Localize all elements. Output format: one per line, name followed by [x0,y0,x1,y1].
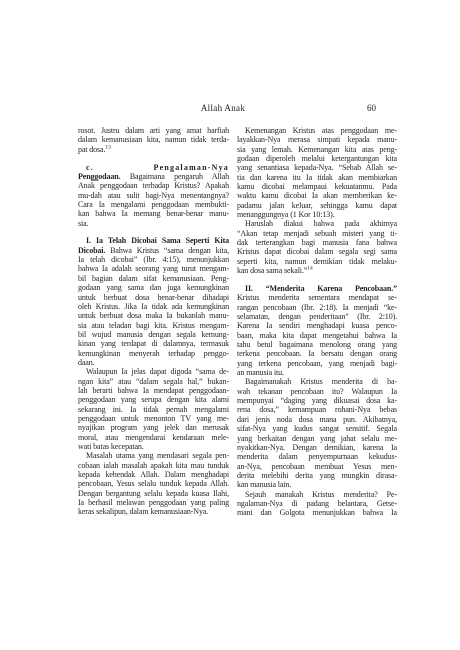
text-line: oleh Kristus. Jika Ia tidak ada kemungki… [78,302,229,311]
text-line: sifat-Nya yang kudus sangat sensitif. Se… [237,424,397,433]
text-line: godaan diperoleh melalui ketergantungan … [237,154,397,163]
text-line: Anak penggodaan terhadap Kristus? Apakah [78,181,229,190]
text-line: layakkan-Nya merasa simpati kepada manu- [237,135,397,144]
text-line: dalam kemanusiaan kita, namun tidak terd… [78,135,229,144]
page-header: Allah Anak 60 [78,102,397,114]
text-line: daan. [78,358,229,367]
text-line: bahwa Ia adalah seorang yang turut menga… [78,264,229,273]
text-line: mu-dah atau sulit bagi-Nya menentangnya? [78,191,229,200]
section-heading-line: I. Ia Telah Dicobai Sama Seperti Kita [78,236,229,245]
text-line: seperti kita, namun demikian tidak melak… [237,257,397,266]
text-line: bil wujud manusia dengan segala kemung- [78,330,229,339]
text-line: selamatan, dengan penderitaan” (Ibr. 2:1… [237,312,397,321]
text-line: Kristus dapat dicobai dalam segala segi … [237,247,397,256]
page-number: 60 [367,102,376,114]
text-line: kan manusia lain. [237,480,397,489]
column-right: Kemenangan Kristus atas penggodaan me-la… [237,126,397,518]
text-line: padamu jalan keluar, sehingga kamu dapat [237,201,397,210]
text-line: yang senantiasa kepada-Nya. “Sebab Allah… [237,163,397,172]
text-line: Karena Ia sendiri menghadapi kuasa penco… [237,321,397,330]
running-header-title: Allah Anak [78,102,368,114]
text-line: bil bagian dalam sifat kemanusiaan. Peng… [78,274,229,283]
text-line: nyakitkan-Nya. Dengan demikian, karena I… [237,443,397,452]
text-line: tia dan karena itu Ia tidak akan membiar… [237,173,397,182]
text-line: wah tekanan pencobaan itu? Walaupun Ia [237,387,397,396]
text-line: Bagaimanakah Kristus menderita di ba- [237,377,397,386]
text-line: Cara Ia mengalami penggodaan membukti- [78,200,229,209]
text-line: an manusia itu. [237,368,397,377]
text-line: rosot. Justru dalam arti yang amat harfi… [78,126,229,135]
text-line: moral, atau mengendarai kendaraan mele- [78,433,229,442]
text-line: Ia berhasil melawan penggodaan yang pali… [78,498,229,507]
text-line: Ia telah dicobai” (Ibr. 4:15), menunjukk… [78,255,229,264]
text-line: derita melebihi derita yang mungkin dira… [237,471,397,480]
text-line: baan, maka kita dapat mengetahui bahwa I… [237,331,397,340]
text-line: lah berarti bahwa Ia mendapat penggodaan… [78,386,229,395]
text-line: sia yang lemah. Kemenangan kita atas pen… [237,145,397,154]
text-line: yang terkena pencobaan, yang menjadi bag… [237,359,397,368]
text-line: menderita dalam penyempurnaan kekudus- [237,452,397,461]
text-line: sekarang ini. Ia tidak pernah mengalami [78,405,229,414]
text-line: Walaupun Ia jelas dapat digoda “sama de- [78,367,229,376]
text-line: waktu kamu dicobai Ia akan memberikan ke… [237,191,397,200]
text-line: kinan yang terdapat di dalamnya, termasu… [78,339,229,348]
text-line: sia atau teladan bagi kita. Kristus meng… [78,321,229,330]
text-line: pat dosa.13 [78,145,229,154]
text-line: cobaan ialah masalah apakah kita mau tun… [78,461,229,470]
section-heading-line: Dicobai. Bahwa Kristus “sama dengan kita… [78,246,229,255]
text-line: kan dosa sama sekali.”14 [237,266,397,275]
text-line: tahu betul bagaimana menolong orang yang [237,340,397,349]
text-line: ngan kita” atau “dalam segala hal,” buka… [78,377,229,386]
text-line: kamu dicobai melampaui kekuatanmu. Pada [237,182,397,191]
text-line: Kristus menderita sementara mendapat se- [237,293,397,302]
text-line: wati batas kecepatan. [78,442,229,451]
text-line: penggodaan yang serupa dengan kita alami [78,395,229,404]
text-line: kemungkinan menyerah terhadap penggo- [78,349,229,358]
text-line: terkena pencobaan. Ia bersatu dengan ora… [237,349,397,358]
text-line: penggodaan untuk menonton TV yang me- [78,414,229,423]
text-line: “Akan tetap menjadi sebuah misteri yang … [237,229,397,238]
text-line: rena dosa,” kemampuan rohani-Nya bebas [237,405,397,414]
text-line: kepada kehendak Allah. Dalam menghadapi [78,470,229,479]
text-line: pencobaan, Yesus selalu tunduk kepada Al… [78,479,229,488]
text-line: Masalah utama yang mendasari segala pen- [78,451,229,460]
text-line: ngalaman-Nya di padang belantara, Getse- [237,499,397,508]
text-line: Dengan bergantung selalu kepada kuasa Il… [78,489,229,498]
text-line: rangan pencobaan (Ibr. 2:18). Ia menjadi… [237,303,397,312]
text-line: sia. [78,219,229,228]
text-line: untuk berbuat dosa benar-benar dihadapi [78,293,229,302]
text-line: mani dan Golgota menunjukkan bahwa Ia [237,508,397,517]
text-line: kan bahwa Ia memang benar-benar manu- [78,209,229,218]
section-heading-line: c. Pengalaman-Nya Menghadapi [78,163,229,172]
text-line: Sejauh manakah Kristus menderita? Pe- [237,490,397,499]
section-heading-line: II. “Menderita Karena Pencobaan.” [237,284,397,293]
text-line: an-Nya, pencobaan membuat Yesus men- [237,462,397,471]
column-left: rosot. Justru dalam arti yang amat harfi… [78,126,229,517]
text-line: Haruslah diakui bahwa pada akhirnya [237,219,397,228]
text-line: dak terterangkan bagi manusia fana bahwa [237,238,397,247]
section-heading-line: Penggodaan. Bagaimana pengaruh Allah [78,172,229,181]
text-line: dari jenis noda dosa mana pun. Akibatnya… [237,415,397,424]
text-line: mempunyai “daging yang dikuasai dosa ka- [237,396,397,405]
text-line: yang berkaitan dengan yang jahat selalu … [237,434,397,443]
text-line: untuk berbuat dosa maka Ia bukanlah manu… [78,311,229,320]
book-page: Allah Anak 60 rosot. Justru dalam arti y… [0,0,460,650]
text-line: keras sekalipun, dalam kemanusiaan-Nya. [78,507,229,516]
text-line: menanggungnya (1 Kor 10:13). [237,210,397,219]
text-line: nyajikan program yang jelek dan merusak [78,423,229,432]
text-line: godaan yang sama dan juga kemungkinan [78,283,229,292]
text-line: Kemenangan Kristus atas penggodaan me- [237,126,397,135]
